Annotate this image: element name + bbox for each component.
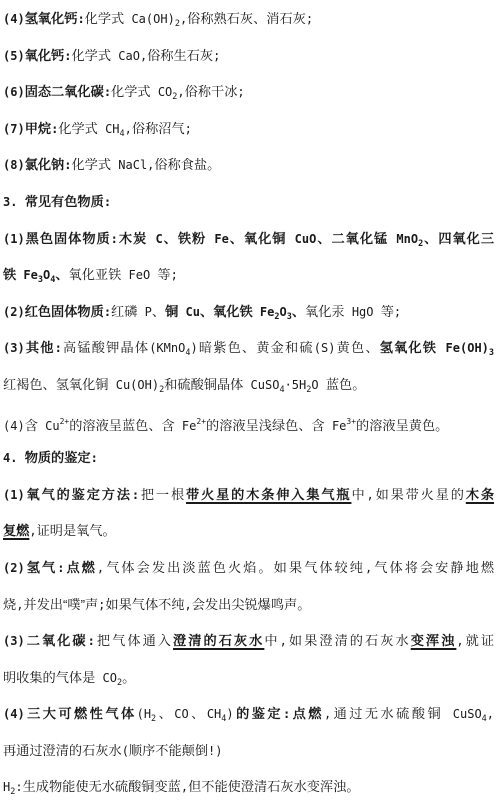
superscript: 2+ (60, 417, 70, 426)
text-segment: 、 (55, 267, 68, 282)
text-segment: 再通过澄清的石灰水(顺序不能颠倒!) (3, 743, 223, 758)
latin-formula-text: Cu (178, 305, 200, 319)
latin-formula-text: CO (174, 707, 188, 721)
latin-formula-text: Fe (253, 305, 275, 319)
latin-formula-text: CH (207, 707, 221, 721)
latin-formula-text: NaCl, (111, 158, 154, 172)
latin-formula-text: ; (213, 49, 220, 63)
text-segment: ,通过无水硫酸铜 CuSO (324, 706, 482, 721)
text-segment: O (280, 304, 287, 319)
identify-2-hydrogen-line1: (2)氢气:点燃,气体会发出淡蓝色火焰。如果气体较纯,气体将会安静地燃 (3, 550, 494, 587)
identify-3-co2-line1: (3)二氧化碳:把气体通入澄清的石灰水中,如果澄清的石灰水变浑浊,就证 (3, 623, 494, 660)
text-segment: (3)其他: (3, 340, 62, 355)
latin-formula-text: FeO (121, 268, 157, 282)
document-body: (4)氢氧化钙:化学式 Ca(OH)2,俗称熟石灰、消石灰;(5)氧化钙:化学式… (0, 0, 500, 806)
latin-formula-text: 3 (489, 348, 494, 358)
latin-formula-text: CH (98, 122, 120, 136)
text-segment: 澄清的石灰水 (173, 633, 264, 648)
latin-formula-text: : (15, 780, 22, 794)
latin-formula-text: CuSO (443, 707, 482, 721)
colored-3-others-line1: (3)其他:高锰酸钾晶体(KMnO4)暗紫色、黄金和硫(S)黄色、氢氧化铁 Fe… (3, 330, 494, 367)
latin-formula-text: , (29, 524, 36, 538)
text-segment: ) (226, 706, 233, 721)
latin-formula-text: CO (95, 671, 117, 685)
latin-formula-text: , (487, 707, 494, 721)
latin-formula-text: : (88, 634, 95, 648)
latin-formula-text: Fe (325, 419, 347, 433)
latin-formula-text: 2+ (60, 417, 70, 426)
latin-formula-text: (1) (3, 232, 25, 246)
latin-formula-text: : (111, 232, 118, 246)
subscript: 3 (489, 347, 494, 357)
latin-formula-text: Cu(OH) (109, 378, 160, 392)
text-segment: 、CO、CH (156, 706, 221, 721)
latin-formula-text: O (280, 305, 287, 319)
text-segment: 3. 常见有色物质: (3, 194, 111, 209)
text-segment: :生成物能使无水硫酸铜变蓝,但不能使澄清石灰水变浑浊。 (15, 779, 359, 794)
superscript: 3+ (346, 417, 356, 426)
latin-formula-text: : (104, 85, 111, 99)
text-segment: (8)氯化钠: (3, 157, 71, 172)
text-segment: 烧,并发出“噗”声;如果气体不纯,会发出尖锐爆鸣声。 (3, 597, 310, 612)
latin-formula-text: (1) (3, 488, 25, 502)
latin-formula-text: : (91, 451, 98, 465)
latin-formula-text: , (125, 122, 132, 136)
text-segment: ,俗称沼气; (125, 121, 192, 136)
latin-formula-text: : (104, 195, 111, 209)
latin-formula-text: CaO, (111, 49, 147, 63)
latin-formula-text: Fe (16, 268, 38, 282)
latin-formula-text: ; (306, 12, 313, 26)
colored-4-ion-solution-colors: (4)含 Cu2+的溶液呈蓝色、含 Fe2+的溶液呈浅绿色、含 Fe3+的溶液呈… (3, 404, 494, 441)
latin-formula-text: (H (137, 707, 151, 721)
latin-formula-text: Cu (38, 419, 60, 433)
text-segment: (2)氢气: (3, 560, 64, 575)
latin-formula-text: , (177, 85, 184, 99)
latin-formula-text: 3. (3, 195, 25, 209)
latin-formula-text: ; (237, 85, 244, 99)
latin-formula-text: ) (190, 341, 197, 355)
text-segment: 、 (292, 304, 305, 319)
text-segment: 中,如果澄清的石灰水 (264, 633, 410, 648)
latin-formula-text: Ca(OH) (124, 12, 175, 26)
heading-4-substance-identification: 4. 物质的鉴定: (3, 440, 494, 477)
text-segment: ·5H (285, 377, 307, 392)
latin-formula-text: 3+ (346, 417, 356, 426)
text-segment: 把一根 (139, 487, 186, 502)
text-segment: 化学式 CH (58, 121, 119, 136)
latin-formula-text: (S) (314, 341, 336, 355)
latin-formula-text: : (77, 12, 84, 26)
latin-formula-text: (3) (3, 634, 25, 648)
latin-formula-text: , (180, 12, 187, 26)
text-segment: 把气体通入 (95, 633, 173, 648)
colored-1-black-solids-line1: (1)黑色固体物质:木炭 C、铁粉 Fe、氧化铜 CuO、二氧化锰 MnO2、四… (3, 221, 494, 258)
text-segment: 木条 (466, 487, 494, 502)
latin-formula-text: Fe (206, 232, 229, 246)
text-segment: 的溶液呈蓝色、含 Fe (69, 418, 196, 433)
latin-formula-text: , (181, 780, 188, 794)
text-segment: 点燃 (64, 560, 97, 575)
text-segment: ,气体会发出淡蓝色火焰。如果气体较纯,气体将会安静地燃 (97, 560, 494, 575)
latin-formula-text: 4. (3, 451, 25, 465)
latin-formula-text: , (280, 634, 287, 648)
common-substance-4-calcium-hydroxide: (4)氢氧化钙:化学式 Ca(OH)2,俗称熟石灰、消石灰; (3, 1, 494, 38)
latin-formula-text: (6) (3, 85, 25, 99)
latin-formula-text: ; (98, 598, 105, 612)
text-segment: 和硫酸铜晶体 CuSO (164, 377, 279, 392)
latin-formula-text: Fe(OH) (437, 341, 489, 355)
latin-formula-text: , (324, 707, 331, 721)
latin-formula-text: , (365, 561, 372, 575)
latin-formula-text: ; (394, 305, 401, 319)
text-segment: 变浑浊 (411, 633, 457, 648)
text-segment: (1)黑色固体物质: (3, 231, 118, 246)
latin-formula-text: (3) (3, 341, 25, 355)
text-segment: (4)三大可燃性气体 (3, 706, 137, 721)
latin-formula-text: ( (122, 744, 129, 758)
identify-1-oxygen-line2: 复燃,证明是氧气。 (3, 513, 494, 550)
latin-formula-text: (8) (3, 158, 25, 172)
latin-formula-text: HgO (345, 305, 381, 319)
text-segment: 化学式 NaCl,俗称食盐。 (71, 157, 220, 172)
text-segment: ,证明是氧气。 (29, 523, 115, 538)
text-segment: 。 (122, 670, 135, 685)
latin-formula-text: CO (151, 85, 173, 99)
text-segment: )暗紫色、黄金和硫(S)黄色、 (190, 340, 379, 355)
latin-formula-text: (4) (3, 12, 25, 26)
heading-3-colored-substances: 3. 常见有色物质: (3, 184, 494, 221)
latin-formula-text: , (366, 488, 373, 502)
latin-formula-text: (7) (3, 122, 25, 136)
latin-formula-text: (KMnO (149, 341, 185, 355)
latin-formula-text: ) (226, 707, 233, 721)
text-segment: 带火星的木条伸入集气瓶 (186, 487, 351, 502)
latin-formula-text: ; (185, 122, 192, 136)
text-segment: (4)含 Cu (3, 418, 60, 433)
text-segment: 中,如果带火星的 (351, 487, 465, 502)
latin-formula-text: : (104, 305, 111, 319)
common-substance-5-calcium-oxide: (5)氧化钙:化学式 CaO,俗称生石灰; (3, 38, 494, 75)
text-segment: 红褐色、氢氧化铜 Cu(OH) (3, 377, 159, 392)
text-segment: 的溶液呈黄色。 (356, 418, 448, 433)
identify-4-flammable-gases-line1: (4)三大可燃性气体(H2、CO、CH4)的鉴定:点燃,通过无水硫酸铜 CuSO… (3, 696, 494, 733)
latin-formula-text: (4) (3, 707, 25, 721)
latin-formula-text: ·5H (285, 378, 307, 392)
text-segment: , (487, 706, 494, 721)
text-segment: ,俗称干冰; (177, 84, 244, 99)
identify-2-hydrogen-line2: 烧,并发出“噗”声;如果气体不纯,会发出尖锐爆鸣声。 (3, 587, 494, 624)
text-segment: 铁 Fe (3, 267, 38, 282)
latin-formula-text: Fe (175, 419, 197, 433)
latin-formula-text: CuO (286, 232, 316, 246)
latin-formula-text: C (147, 232, 162, 246)
text-segment: 化学式 CaO,俗称生石灰; (71, 48, 220, 63)
latin-formula-text: : (55, 341, 62, 355)
superscript: 2+ (196, 417, 206, 426)
text-segment: 、四氧化三 (423, 231, 494, 246)
common-substance-6-dry-ice: (6)固态二氧化碳:化学式 CO2,俗称干冰; (3, 74, 494, 111)
text-segment: 红磷 P、 (111, 304, 165, 319)
text-segment: (5)氧化钙: (3, 48, 71, 63)
text-segment: 明收集的气体是 CO (3, 670, 117, 685)
latin-formula-text: O (311, 378, 325, 392)
identify-3-co2-line2: 明收集的气体是 CO2。 (3, 660, 494, 697)
colored-1-black-solids-line2: 铁 Fe3O4、氧化亚铁 FeO 等; (3, 257, 494, 294)
text-segment: 氧化亚铁 FeO 等; (69, 267, 178, 282)
identify-1-oxygen-line1: (1)氧气的鉴定方法:把一根带火星的木条伸入集气瓶中,如果带火星的木条 (3, 477, 494, 514)
text-segment: (7)甲烷: (3, 121, 58, 136)
text-segment: (3)二氧化碳: (3, 633, 95, 648)
latin-formula-text: ; (171, 268, 178, 282)
latin-formula-text: MnO (388, 232, 418, 246)
text-segment: 的溶液呈浅绿色、含 Fe (206, 418, 346, 433)
text-segment: 高锰酸钾晶体(KMnO (62, 340, 185, 355)
text-segment: (6)固态二氧化碳: (3, 84, 111, 99)
text-segment: ,就证 (456, 633, 494, 648)
colored-3-others-line2: 红褐色、氢氧化铜 Cu(OH)2和硫酸铜晶体 CuSO4·5H2O 蓝色。 (3, 367, 494, 404)
text-segment: 氢氧化铁 Fe(OH) (380, 340, 489, 355)
text-segment: (2)红色固体物质: (3, 304, 111, 319)
text-segment: 铜 Cu、氧化铁 Fe (165, 304, 274, 319)
latin-formula-text: , (185, 598, 192, 612)
text-segment: O 蓝色。 (311, 377, 365, 392)
text-segment: 4. 物质的鉴定: (3, 450, 98, 465)
identify-h2-result: H2:生成物能使无水硫酸铜变蓝,但不能使澄清石灰水变浑浊。 (3, 769, 494, 806)
text-segment: 氧化汞 HgO 等; (305, 304, 401, 319)
latin-formula-text: !) (208, 744, 222, 758)
common-substance-8-sodium-chloride: (8)氯化钠:化学式 NaCl,俗称食盐。 (3, 147, 494, 184)
latin-formula-text: (2) (3, 561, 25, 575)
text-segment: 木炭 C、铁粉 Fe、氧化铜 CuO、二氧化锰 MnO (118, 231, 418, 246)
latin-formula-text: , (16, 598, 23, 612)
latin-formula-text: , (456, 634, 463, 648)
latin-formula-text: P (137, 305, 151, 319)
latin-formula-text: CuSO (243, 378, 279, 392)
text-segment: (1)氧气的鉴定方法: (3, 487, 139, 502)
identify-4-flammable-gases-line2: 再通过澄清的石灰水(顺序不能颠倒!) (3, 733, 494, 770)
latin-formula-text: (4) (3, 419, 25, 433)
text-segment: 化学式 Ca(OH) (85, 11, 175, 26)
colored-2-red-solids: (2)红色固体物质:红磷 P、铜 Cu、氧化铁 Fe2O3、氧化汞 HgO 等; (3, 294, 494, 331)
latin-formula-text: : (132, 488, 139, 502)
text-segment: 化学式 CO (111, 84, 172, 99)
latin-formula-text: 2+ (196, 417, 206, 426)
latin-formula-text: (5) (3, 49, 25, 63)
text-segment: ,俗称熟石灰、消石灰; (180, 11, 313, 26)
common-substance-7-methane: (7)甲烷:化学式 CH4,俗称沼气; (3, 111, 494, 148)
text-segment: (H (137, 706, 151, 721)
latin-formula-text: (2) (3, 305, 25, 319)
latin-formula-text: , (97, 561, 104, 575)
text-segment: (4)氢氧化钙: (3, 11, 85, 26)
text-segment: 的鉴定: (234, 706, 291, 721)
text-segment: 复燃 (3, 523, 29, 538)
text-segment: 点燃 (290, 706, 324, 721)
